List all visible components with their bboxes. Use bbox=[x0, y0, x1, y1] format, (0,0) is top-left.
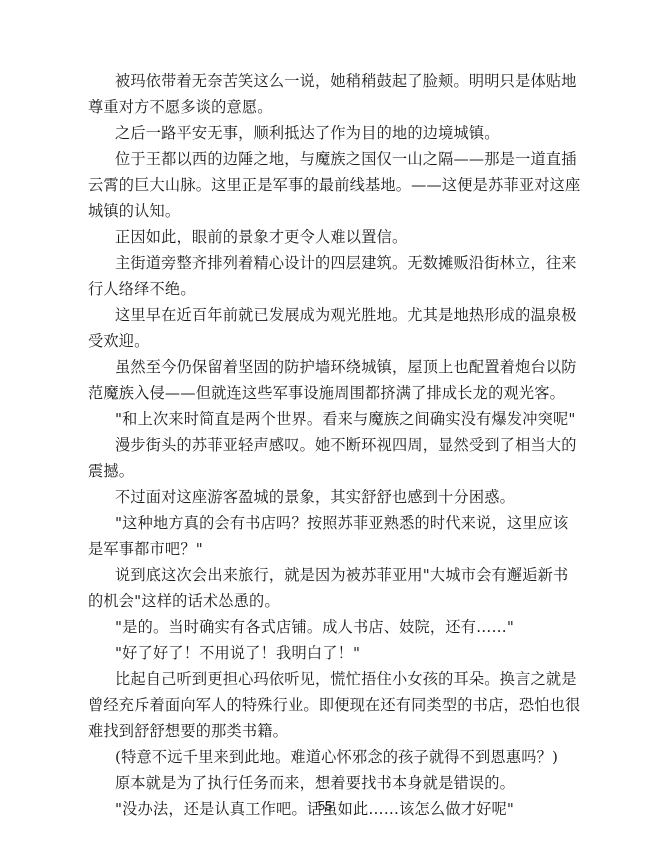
text-line: 行人络绎不绝。 bbox=[88, 276, 558, 302]
document-page: 被玛依带着无奈苦笑这么一说，她稍稍鼓起了脸颊。明明只是体贴地 尊重对方不愿多谈的… bbox=[0, 0, 650, 850]
text-line: 这里早在近百年前就已发展成为观光胜地。尤其是地热形成的温泉极 bbox=[88, 302, 558, 328]
text-line: "和上次来时简直是两个世界。看来与魔族之间确实没有爆发冲突呢" bbox=[88, 406, 558, 432]
text-line: 尊重对方不愿多谈的意愿。 bbox=[88, 94, 558, 120]
text-line: 是军事都市吧？" bbox=[88, 536, 558, 562]
text-line: "这种地方真的会有书店吗？按照苏菲亚熟悉的时代来说，这里应该 bbox=[88, 510, 558, 536]
text-line: 受欢迎。 bbox=[88, 328, 558, 354]
text-line: (特意不远千里来到此地。难道心怀邪念的孩子就得不到恩惠吗？) bbox=[88, 744, 558, 770]
text-line: 比起自己听到更担心玛依听见，慌忙捂住小女孩的耳朵。换言之就是 bbox=[88, 666, 558, 692]
text-line: 之后一路平安无事，顺利抵达了作为目的地的边境城镇。 bbox=[88, 120, 558, 146]
text-line: 难找到舒舒想要的那类书籍。 bbox=[88, 718, 558, 744]
text-line: 虽然至今仍保留着坚固的防护墙环绕城镇，屋顶上也配置着炮台以防 bbox=[88, 354, 558, 380]
text-line: 被玛依带着无奈苦笑这么一说，她稍稍鼓起了脸颊。明明只是体贴地 bbox=[88, 68, 558, 94]
text-line: 不过面对这座游客盈城的景象，其实舒舒也感到十分困惑。 bbox=[88, 484, 558, 510]
text-line: 的机会"这样的话术怂恿的。 bbox=[88, 588, 558, 614]
text-line: 范魔族入侵——但就连这些军事设施周围都挤满了排成长龙的观光客。 bbox=[88, 380, 558, 406]
text-line: 曾经充斥着面向军人的特殊行业。即便现在还有同类型的书店，恐怕也很 bbox=[88, 692, 558, 718]
text-line: 震撼。 bbox=[88, 458, 558, 484]
text-line: 漫步街头的苏菲亚轻声感叹。她不断环视四周，显然受到了相当大的 bbox=[88, 432, 558, 458]
text-line: "好了好了！不用说了！我明白了！" bbox=[88, 640, 558, 666]
text-line: 原本就是为了执行任务而来，想着要找书本身就是错误的。 bbox=[88, 770, 558, 796]
text-line: 城镇的认知。 bbox=[88, 198, 558, 224]
body-text: 被玛依带着无奈苦笑这么一说，她稍稍鼓起了脸颊。明明只是体贴地 尊重对方不愿多谈的… bbox=[88, 68, 558, 822]
text-line: 主街道旁整齐排列着精心设计的四层建筑。无数摊贩沿街林立，往来 bbox=[88, 250, 558, 276]
text-line: "是的。当时确实有各式店铺。成人书店、妓院，还有……" bbox=[88, 614, 558, 640]
text-line: 正因如此，眼前的景象才更令人难以置信。 bbox=[88, 224, 558, 250]
text-line: 云霄的巨大山脉。这里正是军事的最前线基地。——这便是苏菲亚对这座 bbox=[88, 172, 558, 198]
text-line: 位于王都以西的边陲之地，与魔族之国仅一山之隔——那是一道直插 bbox=[88, 146, 558, 172]
page-number: 55 bbox=[0, 798, 650, 813]
text-line: 说到底这次会出来旅行，就是因为被苏菲亚用"大城市会有邂逅新书 bbox=[88, 562, 558, 588]
